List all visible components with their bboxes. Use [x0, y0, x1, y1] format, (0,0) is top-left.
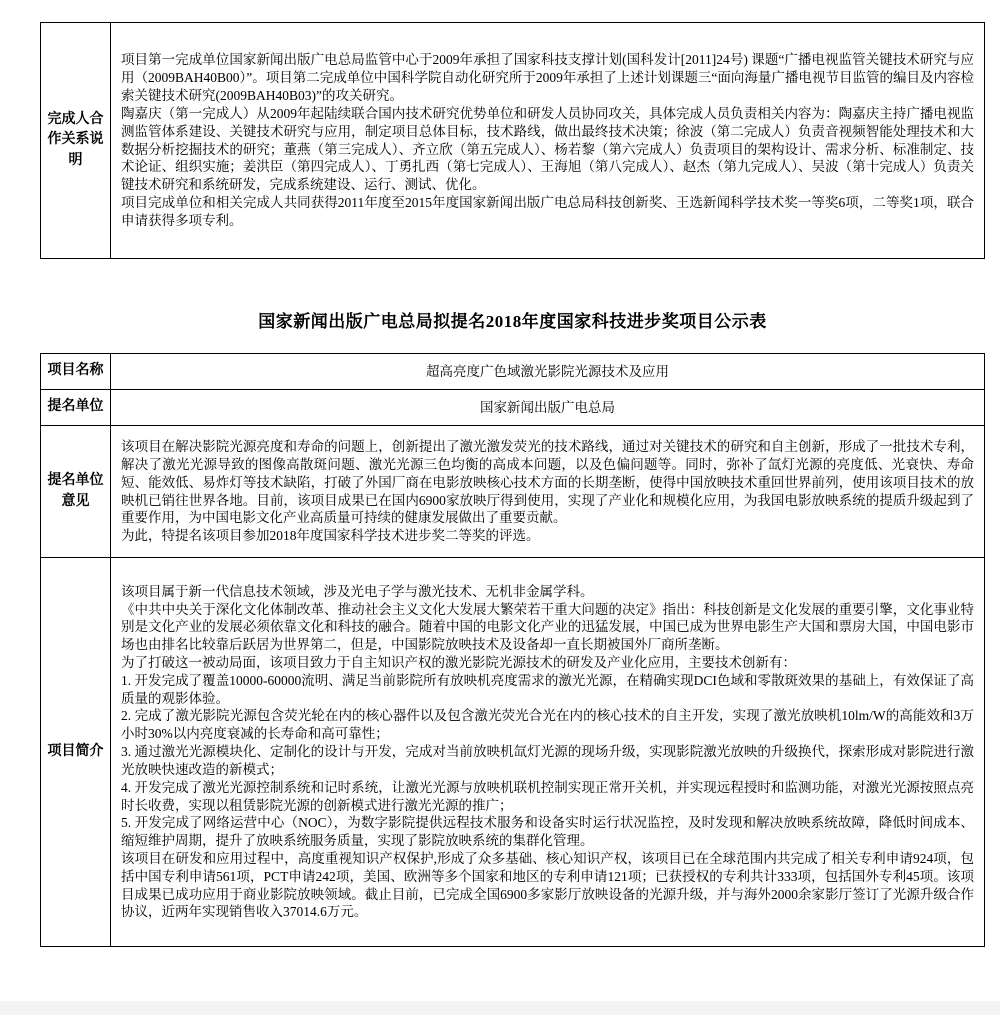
nominating-unit-value: 国家新闻出版广电总局 [111, 390, 985, 426]
table-row: 提名单位 国家新闻出版广电总局 [41, 390, 985, 426]
table-row: 项目简介 该项目属于新一代信息技术领域，涉及光电子学与激光技术、无机非金属学科。… [41, 558, 985, 947]
project-name-value: 超高亮度广色域激光影院光源技术及应用 [111, 354, 985, 390]
project-intro-content: 该项目属于新一代信息技术领域，涉及光电子学与激光技术、无机非金属学科。 《中共中… [111, 558, 985, 947]
nominating-unit-label: 提名单位 [41, 390, 111, 426]
cooperation-row-content: 项目第一完成单位国家新闻出版广电总局监管中心于2009年承担了国家科技支撑计划(… [111, 23, 985, 259]
page-bottom-divider [0, 1001, 1000, 1015]
table-row: 完成人合作关系说明 项目第一完成单位国家新闻出版广电总局监管中心于2009年承担… [41, 23, 985, 259]
project-name-label: 项目名称 [41, 354, 111, 390]
cooperation-row-label: 完成人合作关系说明 [41, 23, 111, 259]
nominating-opinion-content: 该项目在解决影院光源亮度和寿命的问题上，创新提出了激光激发荧光的技术路线，通过对… [111, 426, 985, 558]
cooperation-table: 完成人合作关系说明 项目第一完成单位国家新闻出版广电总局监管中心于2009年承担… [40, 22, 985, 259]
project-table: 项目名称 超高亮度广色域激光影院光源技术及应用 提名单位 国家新闻出版广电总局 … [40, 353, 985, 947]
nominating-opinion-label: 提名单位意见 [41, 426, 111, 558]
page-title: 国家新闻出版广电总局拟提名2018年度国家科技进步奖项目公示表 [40, 259, 985, 353]
document-page: 完成人合作关系说明 项目第一完成单位国家新闻出版广电总局监管中心于2009年承担… [0, 0, 1000, 1015]
table-row: 项目名称 超高亮度广色域激光影院光源技术及应用 [41, 354, 985, 390]
project-intro-label: 项目简介 [41, 558, 111, 947]
table-row: 提名单位意见 该项目在解决影院光源亮度和寿命的问题上，创新提出了激光激发荧光的技… [41, 426, 985, 558]
